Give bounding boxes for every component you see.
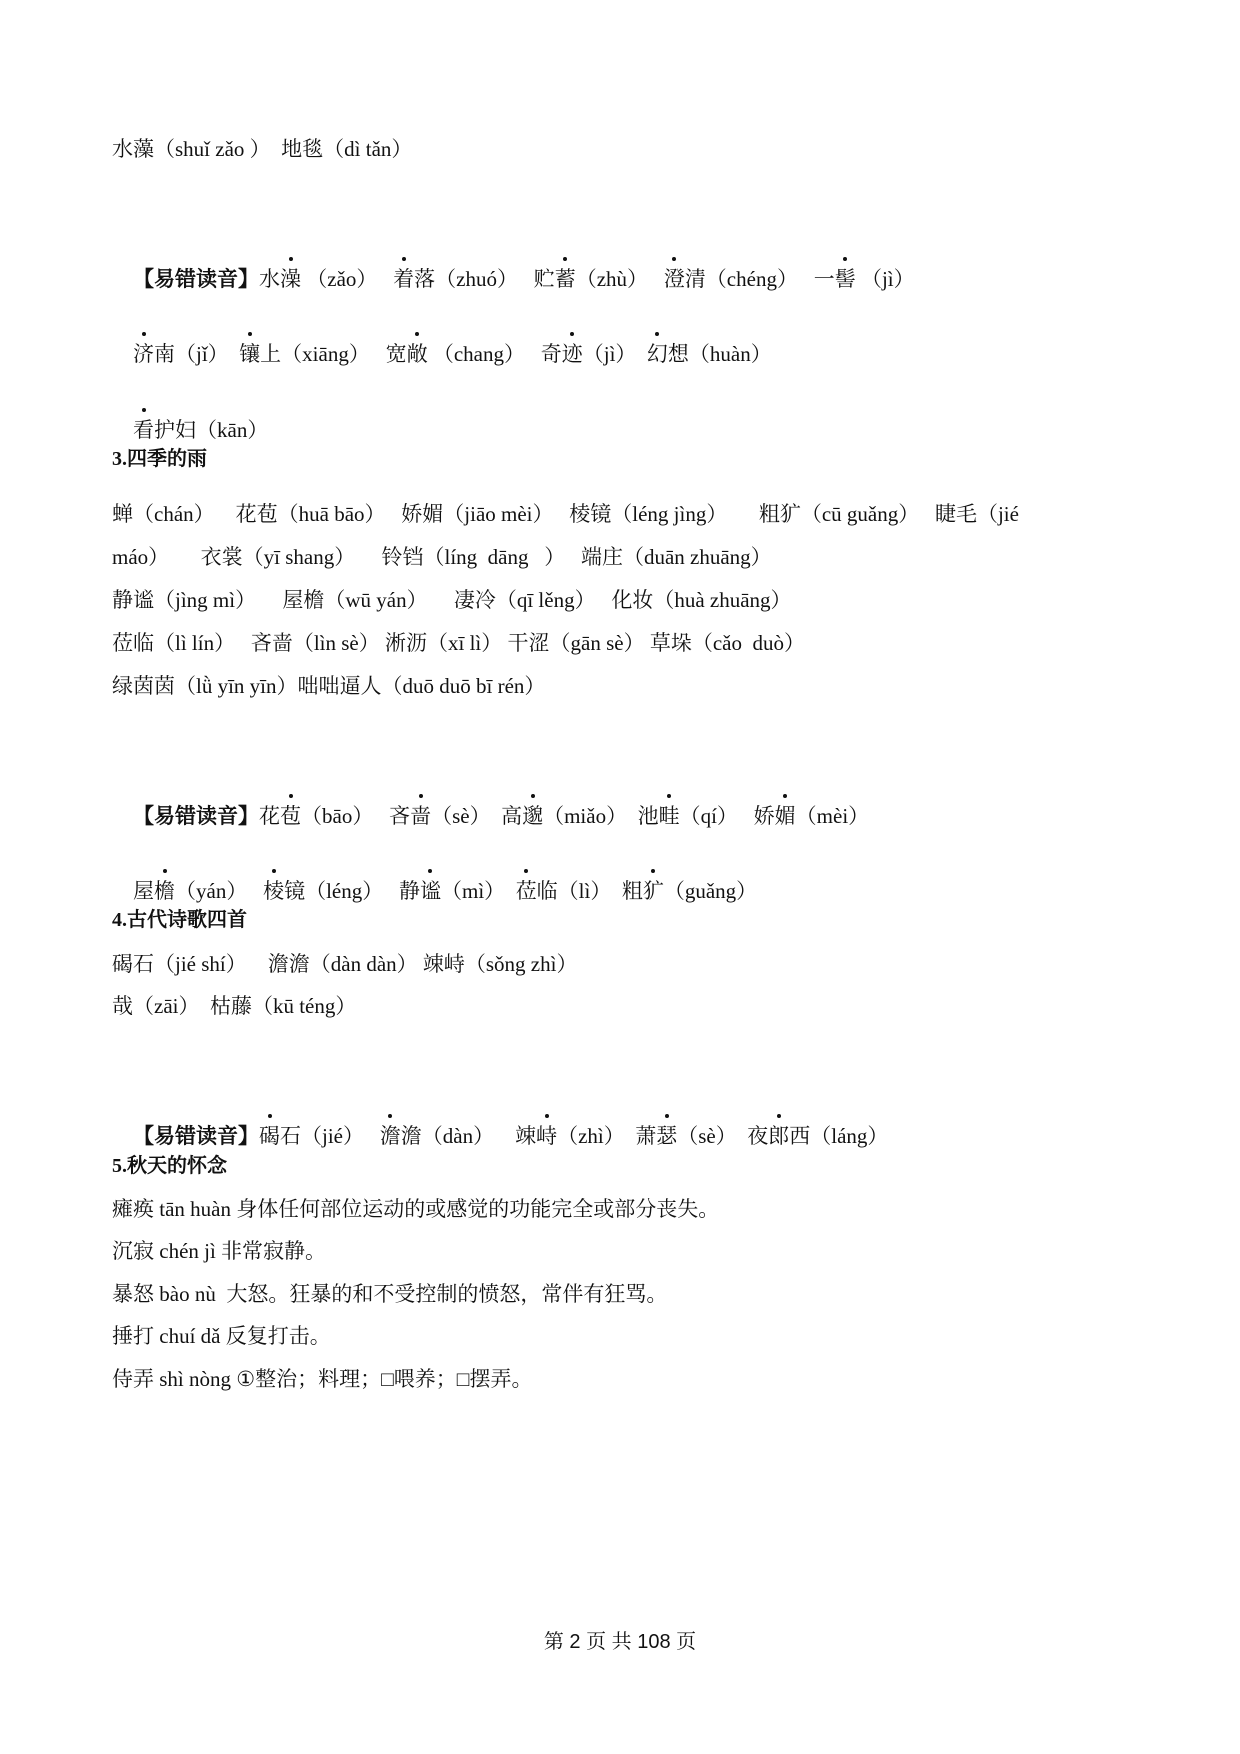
emphasis-dot-char: 峙 <box>536 1122 557 1150</box>
dotted-word: 棱镜（léng） <box>263 877 383 905</box>
section-heading: 4.古代诗歌四首 <box>112 906 247 934</box>
emphasis-dot-char: 澹 <box>380 1122 401 1150</box>
dotted-word: 萧瑟（sè） <box>635 1122 737 1150</box>
emphasis-dot-char: 澄 <box>664 265 685 293</box>
vocab-line: 水藻（shuǐ zǎo ） 地毯（dì tǎn） <box>112 135 412 163</box>
definition-line: 暴怒 bào nù 大怒。狂暴的和不受控制的愤怒，常伴有狂骂。 <box>112 1280 667 1308</box>
dotted-word: 高邈（miǎo） <box>501 802 627 830</box>
dotted-word: 粗犷（guǎng） <box>622 877 757 905</box>
dotted-word: 花苞（bāo） <box>259 802 373 830</box>
definition-line: 瘫痪 tān huàn 身体任何部位运动的或感觉的功能完全或部分丧失。 <box>112 1195 719 1223</box>
definition-line: 侍弄 shì nòng ①整治；料理；□喂养；□摆弄。 <box>112 1365 532 1393</box>
page-number-footer: 第 2 页 共 108 页 <box>0 1625 1240 1654</box>
section-heading: 5.秋天的怀念 <box>112 1152 227 1180</box>
dotted-word: 澄清（chéng） <box>664 265 798 293</box>
emphasis-dot-char: 镶 <box>239 340 260 368</box>
vocab-line: 莅临（lì lín） 吝啬（lìn sè） 淅沥（xī lì） 干涩（gān s… <box>112 629 805 657</box>
section-heading: 3.四季的雨 <box>112 445 207 473</box>
dotted-word: 奇迹（jì） <box>541 340 637 368</box>
dotted-word: 水澡 （zǎo） <box>259 265 377 293</box>
error-pronunciation-line: 【易错读音】水澡 （zǎo） 着落（zhuó） 贮蓄（zhù） 澄清（chéng… <box>112 237 915 321</box>
emphasis-dot-char: 敞 <box>407 340 428 368</box>
error-pronunciation-tag: 【易错读音】 <box>133 1124 259 1148</box>
dotted-word: 宽敞 （chang） <box>386 340 525 368</box>
dotted-word: 镶上（xiāng） <box>239 340 370 368</box>
error-pronunciation-line: 【易错读音】碣石（jié） 澹澹（dàn） 竦峙（zhì） 萧瑟（sè） 夜郎西… <box>112 1094 888 1178</box>
error-pronunciation-tag: 【易错读音】 <box>133 267 259 291</box>
vocab-line: máo） 衣裳（yī shang） 铃铛（líng dāng ） 端庄（duān… <box>112 543 772 571</box>
emphasis-dot-char: 迹 <box>562 340 583 368</box>
dotted-word: 吝啬（sè） <box>389 802 491 830</box>
error-pronunciation-tag: 【易错读音】 <box>133 804 259 828</box>
emphasis-dot-char: 畦 <box>659 802 680 830</box>
emphasis-dot-char: 着 <box>393 265 414 293</box>
dotted-word: 碣石（jié） <box>259 1122 364 1150</box>
emphasis-dot-char: 啬 <box>410 802 431 830</box>
dotted-word: 池畦（qí） <box>638 802 738 830</box>
dotted-word: 莅临（lì） <box>516 877 612 905</box>
emphasis-dot-char: 碣 <box>259 1122 280 1150</box>
dotted-word: 济南（jǐ） <box>133 340 229 368</box>
dotted-word: 澹澹（dàn） <box>380 1122 494 1150</box>
dotted-word: 屋檐（yán） <box>133 877 247 905</box>
emphasis-dot-char: 髻 <box>835 265 856 293</box>
dotted-word: 娇媚（mèi） <box>754 802 870 830</box>
emphasis-dot-char: 幻 <box>647 340 668 368</box>
vocab-line: 哉（zāi） 枯藤（kū téng） <box>112 992 356 1020</box>
emphasis-dot-char: 苞 <box>280 802 301 830</box>
error-pronunciation-line: 【易错读音】花苞（bāo） 吝啬（sè） 高邈（miǎo） 池畦（qí） 娇媚（… <box>112 774 869 858</box>
emphasis-dot-char: 蓄 <box>555 265 576 293</box>
emphasis-dot-char: 邈 <box>522 802 543 830</box>
dotted-word: 着落（zhuó） <box>393 265 518 293</box>
definition-line: 捶打 chuí dǎ 反复打击。 <box>112 1322 331 1350</box>
emphasis-dot-char: 瑟 <box>656 1122 677 1150</box>
emphasis-dot-char: 澡 <box>280 265 301 293</box>
emphasis-dot-char: 媚 <box>775 802 796 830</box>
vocab-line: 绿茵茵（lǜ yīn yīn）咄咄逼人（duō duō bī rén） <box>112 672 545 700</box>
dotted-word: 一髻 （jì） <box>814 265 915 293</box>
emphasis-dot-char: 看 <box>133 416 154 444</box>
emphasis-dot-char: 济 <box>133 340 154 368</box>
emphasis-dot-char: 檐 <box>154 877 175 905</box>
definition-line: 沉寂 chén jì 非常寂静。 <box>112 1237 326 1265</box>
dotted-word: 贮蓄（zhù） <box>534 265 648 293</box>
vocab-line: 碣石（jié shí） 澹澹（dàn dàn） 竦峙（sǒng zhì） <box>112 950 577 978</box>
dotted-word: 竦峙（zhì） <box>510 1122 625 1150</box>
vocab-line: 蝉（chán） 花苞（huā bāo） 娇媚（jiāo mèi） 棱镜（léng… <box>112 500 1019 528</box>
emphasis-dot-char: 莅 <box>516 877 537 905</box>
emphasis-dot-char: 犷 <box>643 877 664 905</box>
dotted-word: 静谧（mì） <box>399 877 505 905</box>
emphasis-dot-char: 棱 <box>263 877 284 905</box>
dotted-word: 看护妇（kān） <box>133 416 268 444</box>
emphasis-dot-char: 谧 <box>420 877 441 905</box>
error-pronunciation-line: 济南（jǐ） 镶上（xiāng） 宽敞 （chang） 奇迹（jì） 幻想（hu… <box>112 312 772 396</box>
dotted-word: 夜郎西（láng） <box>747 1122 888 1150</box>
vocab-line: 静谧（jìng mì） 屋檐（wū yán） 凄冷（qī lěng） 化妆（hu… <box>112 586 792 614</box>
dotted-word: 幻想（huàn） <box>647 340 772 368</box>
emphasis-dot-char: 郎 <box>768 1122 789 1150</box>
